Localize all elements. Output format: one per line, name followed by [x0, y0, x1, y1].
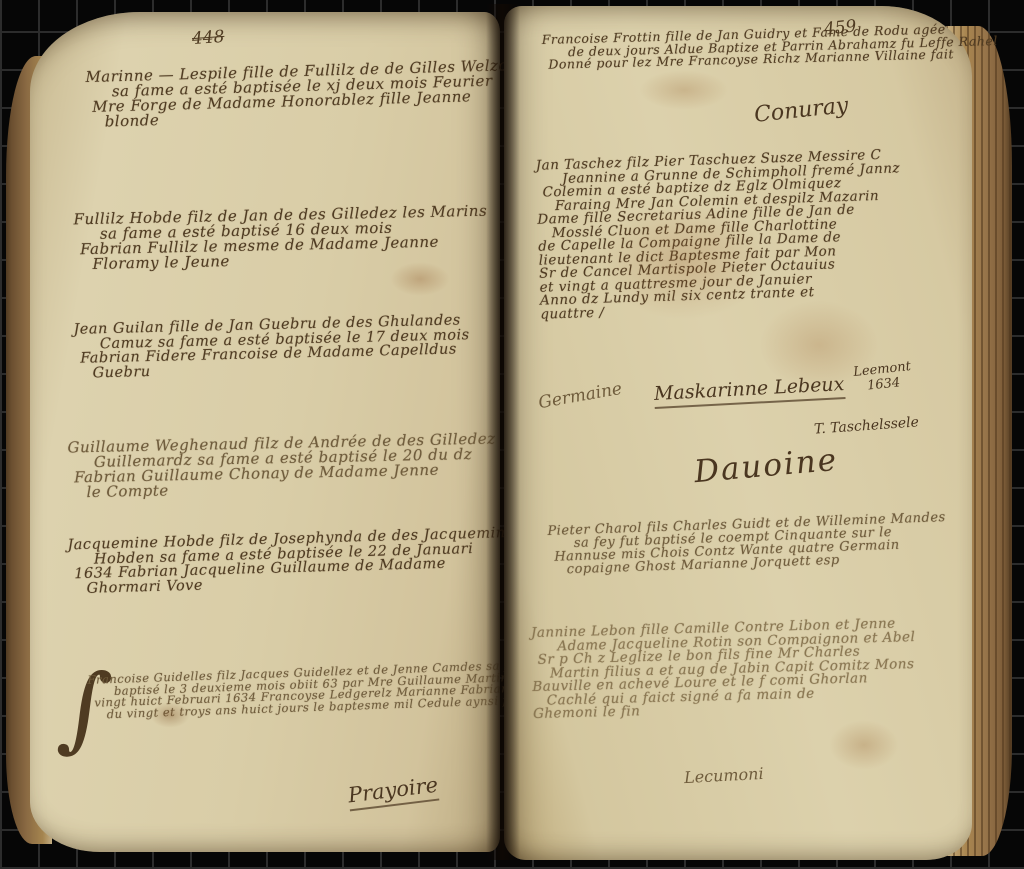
main-baptism-act: Jan Taschez filz Pier Taschuez Susze Mes…: [536, 148, 905, 321]
signature-flourish-left: Germaine: [537, 379, 624, 413]
bottom-signature: Lecumoni: [684, 764, 764, 787]
signature-witness: T. Taschelssele: [814, 414, 920, 437]
photo-of-open-manuscript-book: 448 Marinne — Lespile fille de Fullilz d…: [0, 0, 1024, 869]
ink-stain: [390, 262, 450, 296]
signature-maskarinne: Maskarinne Lebeux: [653, 373, 845, 409]
bottom-faded-entry: Jannine Lebon fille Camille Contre Libon…: [531, 617, 918, 722]
left-page: 448 Marinne — Lespile fille de Fullilz d…: [30, 12, 500, 852]
flourished-signature-top: Conuray: [753, 93, 850, 128]
book-gutter-shadow: [486, 4, 520, 860]
water-stain: [639, 70, 729, 110]
large-signature: Dauoine: [693, 442, 840, 490]
water-stain: [829, 720, 899, 770]
top-note-entry: Francoise Frottin fille de Jan Guidry et…: [542, 22, 999, 71]
baptism-entry-2: Fullilz Hobde filz de Jan de des Gillede…: [73, 204, 488, 273]
left-page-number: 448: [191, 27, 225, 49]
baptism-entry-1: Marinne — Lespile fille de Fullilz de de…: [85, 58, 519, 130]
baptism-entry-5: Jacquemine Hobde filz de Josephynda de d…: [67, 526, 524, 597]
signature-dated: Leemont 1634: [853, 359, 914, 395]
baptism-entry-4: Guillaume Weghenaud filz de Andrée de de…: [67, 432, 496, 501]
left-page-signature: Prayoire: [347, 773, 440, 812]
baptism-entry-3: Jean Guilan fille de Jan Guebru de des G…: [73, 313, 470, 381]
right-page: 459 Francoise Frottin fille de Jan Guidr…: [504, 6, 972, 860]
mid-page-entry: Pieter Charol fils Charles Guidt et de W…: [547, 511, 947, 577]
